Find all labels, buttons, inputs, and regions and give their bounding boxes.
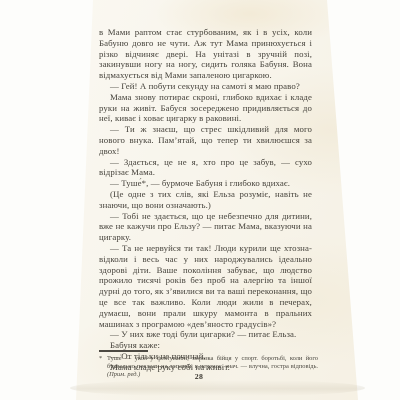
body-paragraph: в Мами раптом стає стурбованим, як і в у… xyxy=(99,27,312,81)
page-curl-shadow xyxy=(70,380,365,396)
body-paragraph: — Ти ж знаєш, що стрес шкідливий для мог… xyxy=(99,124,312,156)
body-paragraph: — Гей! А побути секунду на самоті я маю … xyxy=(99,81,312,92)
page-surface: в Мами раптом стає стурбованим, як і в у… xyxy=(0,0,400,400)
body-paragraph: — У них вже тоді були цигарки? — питає Е… xyxy=(99,329,312,340)
body-paragraph: — Здається, це не я, хто про це забув, —… xyxy=(99,157,312,179)
body-paragraph: (Це одне з тих слів, які Ельза розуміє, … xyxy=(99,189,312,211)
body-paragraph: — Туше́*, — бурмоче Бабуня і глибоко вди… xyxy=(99,178,312,189)
text-block: в Мами раптом стає стурбованим, як і в у… xyxy=(99,27,312,373)
body-paragraph: — Та не нервуйся ти так! Люди курили ще … xyxy=(99,243,312,329)
footnote-marker: * xyxy=(99,355,107,363)
body-paragraph: — Тобі не здається, що це небезпечно для… xyxy=(99,211,312,243)
footnote-divider xyxy=(99,350,148,352)
footnote-definition: Туше́ — укол у фехтуванні; поразка бійця… xyxy=(107,355,318,370)
book-page-photo: в Мами раптом стає стурбованим, як і в у… xyxy=(0,0,400,400)
body-paragraph: Мама знову потирає скроні, глибоко вдиха… xyxy=(99,92,312,124)
